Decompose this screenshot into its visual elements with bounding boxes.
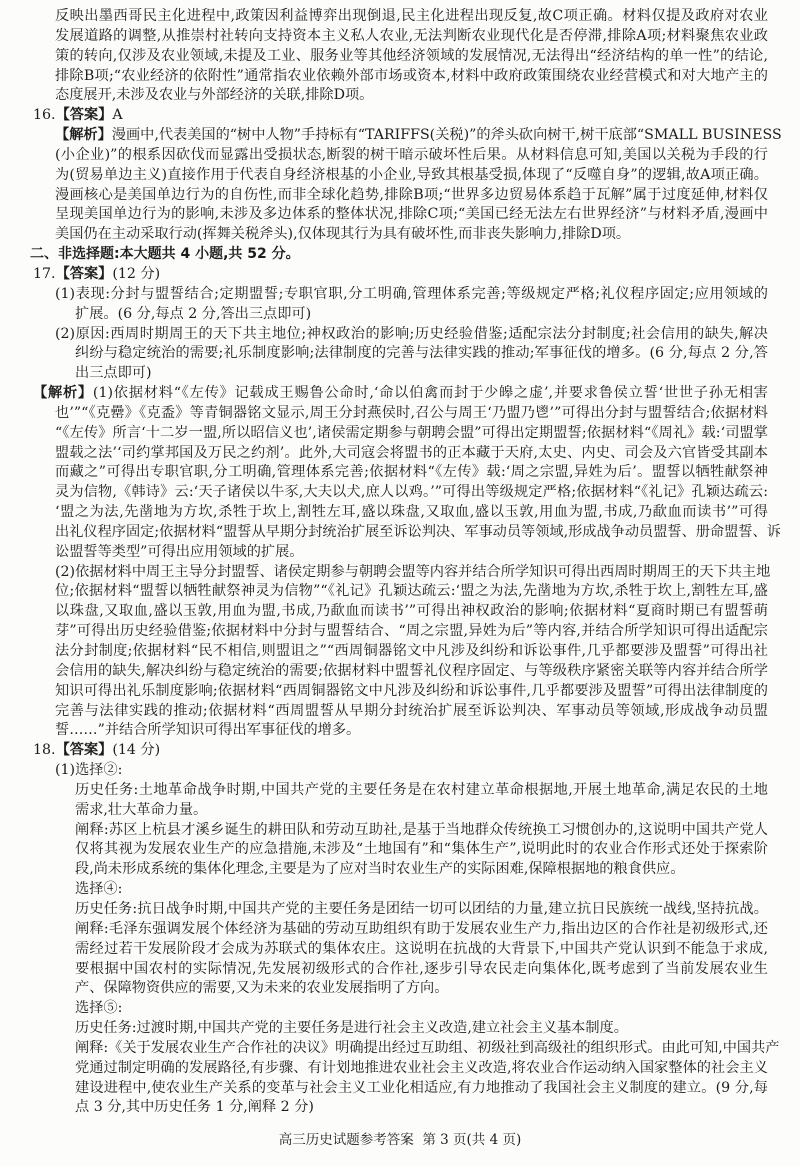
q18-part1-label: (1)选择②:: [0, 761, 800, 781]
text-line: “《左传》所言‘十二岁一盟,所以昭信义也’,诸侯需定期参与朝聘会盟”可得出定期盟…: [0, 424, 800, 444]
q15-analysis-continuation: 反映出墨西哥民主化进程中,政策因利益博弈出现倒退,民主化进程出现反复,故C项正确…: [0, 7, 800, 106]
text-line: 誓……”并结合所学知识可得出军事征伐的增多。: [0, 721, 800, 741]
text-line: 历史任务:抗日战争时期,中国共产党的主要任务是团结一切可以团结的力量,建立抗日民…: [0, 900, 800, 920]
text-line: 而藏之”可得出专职官职,分工明确,管理体系完善;依据材料“《左传》载:‘周之宗盟…: [0, 463, 800, 483]
text-line: 策的转向,仅涉及农业领域,未提及工业、服务业等其他经济领域的发展情况,无法得出“…: [0, 47, 800, 67]
text-line: (小企业)”的根系因砍伐而显露出受损状态,断裂的树干暗示破坏性后果。从材料信息可…: [0, 146, 800, 166]
question-17: 17.【答案】(12 分) (1)表现:分封与盟誓结合;定期盟誓;专职官职,分工…: [0, 265, 800, 741]
text-line: 出礼仪程序固定;依据材料“盟誓从早期分封统治扩展至诉讼判决、军事动员等领域,形成…: [0, 523, 800, 543]
question-16: 16.【答案】A 【解析】漫画中,代表美国的“树中人物”手持标有“TARIFFS…: [0, 106, 800, 245]
answer-label: 【答案】: [56, 266, 113, 282]
text-line: 芽”可得出历史经验借鉴;依据材料中分封与盟誓结合、“周之宗盟,异姓为后”等内容,…: [0, 622, 800, 642]
analysis-label: 【解析】: [55, 127, 112, 143]
text-line: 态度展开,未涉及农业与外部经济的关联,排除D项。: [0, 86, 800, 106]
section-heading: 二、非选择题:本大题共 4 小题,共 52 分。: [0, 245, 800, 265]
analysis-text: (1)依据材料“《左传》记载成王赐鲁公命时,‘命以伯禽而封于少皞之虚’,并要求鲁…: [93, 385, 768, 401]
q17-part2-line: 纠纷与稳定统治的需要;礼乐制度影响;法律制度的完善与法律实践的推动;军事征伐的增…: [0, 344, 800, 364]
q17-part2-line: 出三点即可): [0, 364, 800, 384]
text-line: 盟载之法’‘司约掌邦国及万民之约剂’。此外,大司寇会将盟书的正本藏于天府,太史、…: [0, 444, 800, 464]
text-line: (2)依据材料中周王主导分封盟誓、诸侯定期参与朝聘会盟等内容并结合所学知识可得出…: [0, 563, 800, 583]
q16-answer-line: 16.【答案】A: [0, 106, 800, 126]
text-line: 以珠盘,又取血,盛以玉敦,用血为盟,书成,乃歃血而读书’”可得出神权政治的影响;…: [0, 602, 800, 622]
text-line: 需经过若干发展阶段才会成为苏联式的集体农庄。这说明在抗战的大背景下,中国共产党认…: [0, 940, 800, 960]
text-line: 排除B项;“农业经济的依附性”通常指农业依赖外部市场或资本,材料中政府政策围绕农…: [0, 67, 800, 87]
answer-label: 【答案】: [56, 107, 113, 123]
page-footer: 高三历史试题参考答案 第 3 页(共 4 页): [0, 1130, 800, 1150]
text-line: 历史任务:过渡时期,中国共产党的主要任务是进行社会主义改造,建立社会主义基本制度…: [0, 1019, 800, 1039]
text-line: 阐释:苏区上杭县才溪乡诞生的耕田队和劳动互助社,是基于当地群众传统换工习惯创办的…: [0, 821, 800, 841]
text-line: 仅将其视为发展农业生产的应急措施,未涉及“土地国有”和“集体生产”,说明此时的农…: [0, 840, 800, 860]
text-line: 需求,壮大革命力量。: [0, 801, 800, 821]
analysis-label: 【解析】: [33, 385, 93, 401]
question-number: 18.: [33, 742, 56, 758]
text-line: ‘盟之为法,先凿地为方坎,杀牲于坎上,割牲左耳,盛以珠盘,又取血,盛以玉敦,用血…: [0, 503, 800, 523]
text-line: 也’”“《克罍》《克盉》等青铜器铭文显示,周王分封燕侯时,召公与周王‘乃盟乃鬯’…: [0, 404, 800, 424]
text-line: 位;依据材料“盟誓以牺牲献祭神灵为信物”“《礼记》孔颖达疏云:‘盟之为法,先凿地…: [0, 582, 800, 602]
text-line: 法分封制度;依据材料“民不相信,则盟诅之”“西周铜器铭文中凡涉及纠纷和诉讼事件,…: [0, 642, 800, 662]
q16-analysis-first-line: 【解析】漫画中,代表美国的“树中人物”手持标有“TARIFFS(关税)”的斧头砍…: [0, 126, 800, 146]
q17-part1-line: 扩展。(6 分,每点 2 分,答出三点即可): [0, 305, 800, 325]
answer-value: A: [112, 107, 122, 123]
text-line: 呈现美国单边行为的影响,未涉及多边体系的整体状况,排除C项;“美国已经无法左右世…: [0, 205, 800, 225]
answer-label: 【答案】: [56, 742, 113, 758]
text-line: 点 3 分,其中历史任务 1 分,阐释 2 分): [0, 1098, 800, 1118]
text-line: 灵为信物,《韩诗》云:‘天子诸侯以牛豕,大夫以犬,庶人以鸡。’”可得出等级规定严…: [0, 483, 800, 503]
q17-part2-line: (2)原因:西周时期周王的天下共主地位;神权政治的影响;历史经验借鉴;适配宗法分…: [0, 325, 800, 345]
q18-answer-line: 18.【答案】(14 分): [0, 741, 800, 761]
score: (14 分): [112, 742, 160, 758]
text-line: 发展道路的调整,从推崇村社转向支持资本主义私人农业,无法判断农业现代化是否停滞,…: [0, 27, 800, 47]
question-18: 18.【答案】(14 分) (1)选择②: 历史任务:土地革命战争时期,中国共产…: [0, 741, 800, 1118]
text-line: 为(贸易单边主义)直接作用于代表自身经济根基的小企业,导致其根基受损,体现了“反…: [0, 166, 800, 186]
text-line: 历史任务:土地革命战争时期,中国共产党的主要任务是在农村建立革命根据地,开展土地…: [0, 781, 800, 801]
text-line: 产、保障物资供应的需要,又为未来的农业发展指明了方向。: [0, 979, 800, 999]
q17-answer-line: 17.【答案】(12 分): [0, 265, 800, 285]
text-line: 知识可得出礼乐制度影响;依据材料“西周铜器铭文中凡涉及纠纷和诉讼事件,几乎都要涉…: [0, 682, 800, 702]
text-line: 美国仍在主动采取行动(挥舞关税斧头),仅体现其行为具有破坏性,而非丧失影响力,排…: [0, 225, 800, 245]
question-number: 17.: [33, 266, 56, 282]
text-line: 完善与法律实践的推动;依据材料“西周盟誓从早期分封统治扩展至诉讼判决、军事动员等…: [0, 702, 800, 722]
q17-part1-line: (1)表现:分封与盟誓结合;定期盟誓;专职官职,分工明确,管理体系完善;等级规定…: [0, 285, 800, 305]
q17-analysis-first-line: 【解析】(1)依据材料“《左传》记载成王赐鲁公命时,‘命以伯禽而封于少皞之虚’,…: [0, 384, 800, 404]
text-line: 建设进程中,使农业生产关系的变革与社会主义工业化相适应,有力地推动了我国社会主义…: [0, 1079, 800, 1099]
text-line: 阐释:毛泽东强调发展个体经济为基础的劳动互助组织有助于发展农业生产力,指出边区的…: [0, 920, 800, 940]
text-line: 讼盟誓等类型”可得出应用领域的扩展。: [0, 543, 800, 563]
analysis-text: 漫画中,代表美国的“树中人物”手持标有“TARIFFS(关税)”的斧头砍向树干,…: [112, 127, 782, 143]
question-number: 16.: [33, 107, 56, 123]
text-line: 要根据中国农村的实际情况,先发展初级形式的合作社,逐步引导农民走向集体化,既考虑…: [0, 960, 800, 980]
choice-5-label: 选择⑤:: [0, 999, 800, 1019]
score: (12 分): [112, 266, 160, 282]
answer-key-page: 反映出墨西哥民主化进程中,政策因利益博弈出现倒退,民主化进程出现反复,故C项正确…: [0, 7, 800, 1118]
text-line: 阐释:《关于发展农业生产合作社的决议》明确提出经过互助组、初级社到高级社的组织形…: [0, 1039, 800, 1059]
text-line: 段,尚未形成系统的集体化理念,主要是为了应对当时农业生产的实际困难,保障根据地的…: [0, 860, 800, 880]
text-line: 反映出墨西哥民主化进程中,政策因利益博弈出现倒退,民主化进程出现反复,故C项正确…: [0, 7, 800, 27]
choice-4-label: 选择④:: [0, 880, 800, 900]
text-line: 党通过制定明确的发展路径,有步骤、有计划地推进农业社会主义改造,将农业合作运动纳…: [0, 1059, 800, 1079]
text-line: 漫画核心是美国单边行为的自伤性,而非全球化趋势,排除B项;“世界多边贸易体系趋于…: [0, 186, 800, 206]
text-line: 会信用的缺失,解决纠纷与稳定统治的需要;依据材料中盟誓礼仪程序固定、与等级秩序紧…: [0, 662, 800, 682]
